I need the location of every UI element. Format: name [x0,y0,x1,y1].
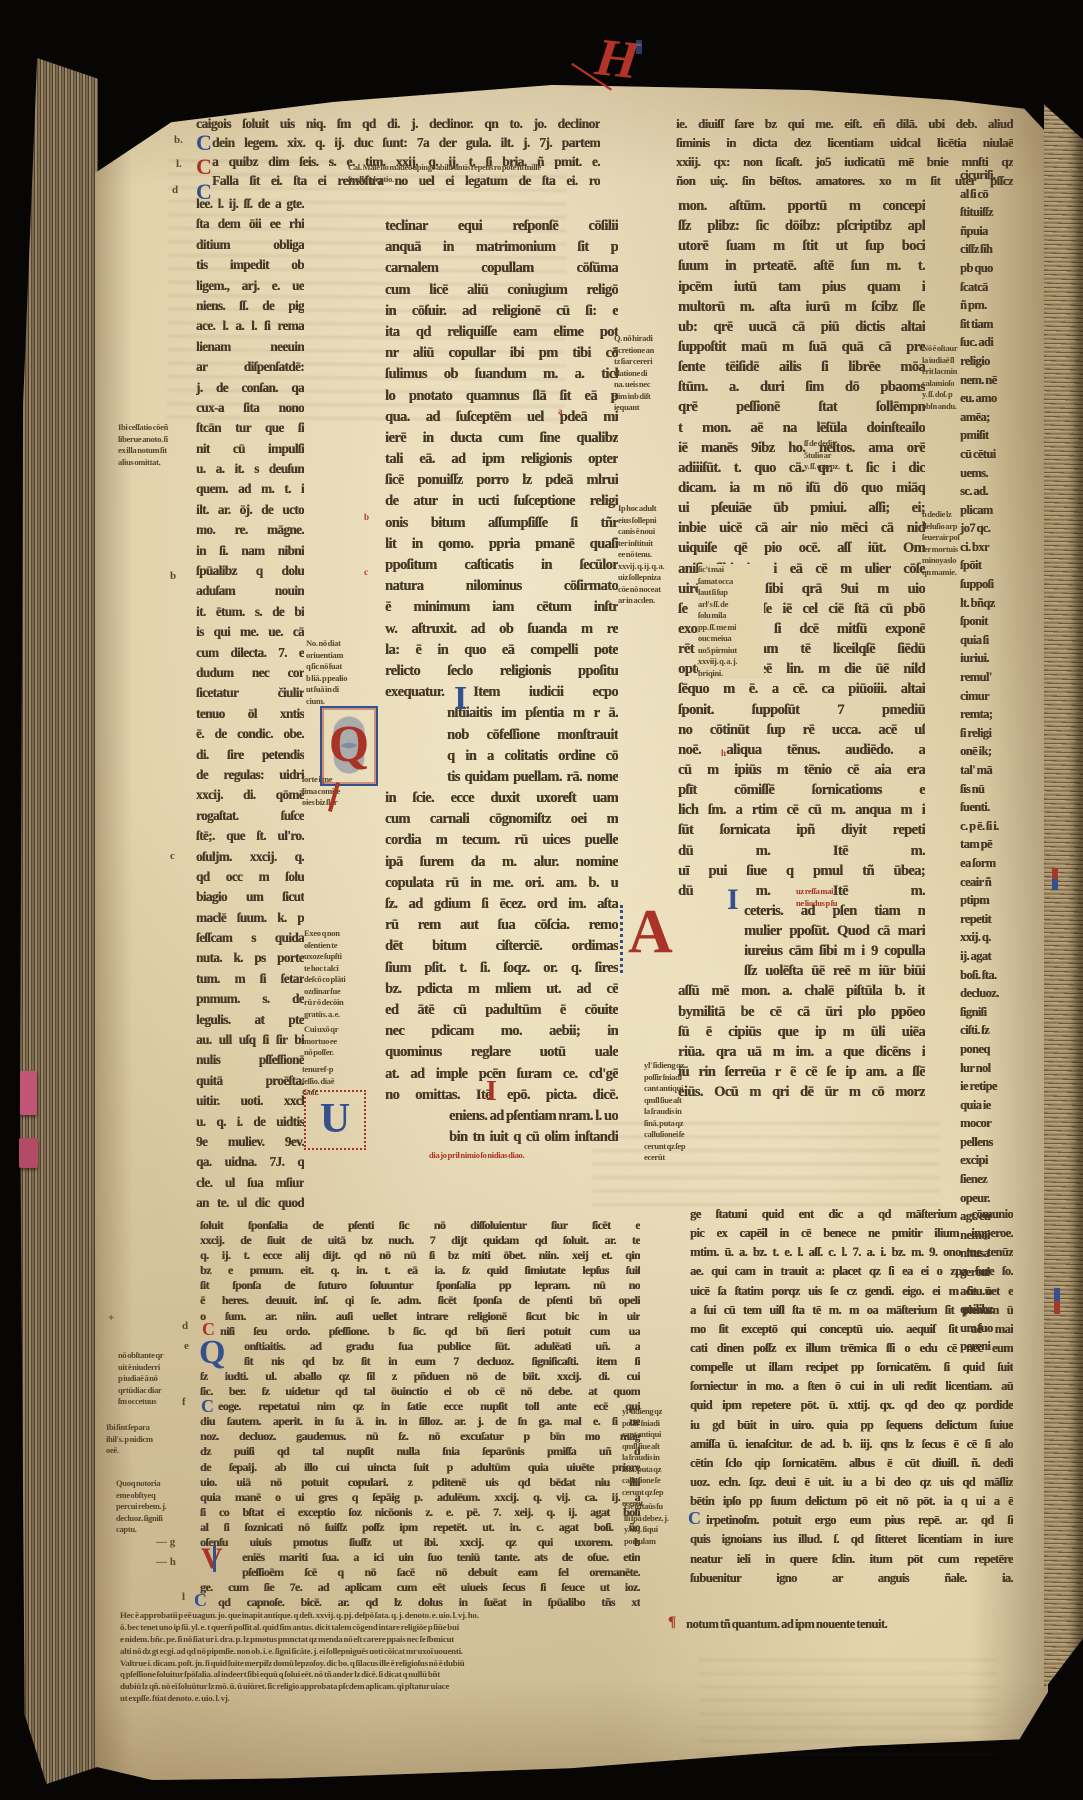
margin-letter: — h [156,1556,176,1568]
narrow-column-far-left: lee. l. ij. ſſ. de a gte.ſta dem ōii ee … [196,196,304,1216]
left-margin-gloss: nō obſtante qruit ē niuderrip iudiaē ā n… [118,1350,198,1408]
initial-V-red: V [201,1544,223,1574]
initial-I-red: I [486,1078,497,1106]
red-reference-letter: h [721,748,726,758]
margin-letter: d [172,184,178,196]
intercolumn-gloss: Ge ſi ſtaūs ſuſſi ſpā debez. j.y. xzj. ſ… [624,1501,688,1547]
intercolumn-gloss: Q. nō hiradiſicretione antz ſiar cererie… [614,333,678,414]
margin-letter: e [184,1340,189,1352]
initial-V-letter: U [320,1096,350,1142]
left-margin-gloss: Ibi ſint ſeparaihil's. p nidicmoeē. [106,1422,188,1457]
margin-letter: b [170,570,176,582]
show-through-text [698,1652,998,1756]
main-column-left: teclinar equi reſponſē cōſiliianquā in m… [385,218,618,1150]
margin-letter: b. [174,134,183,146]
decorated-initial-A: A [628,901,673,963]
red-rubric-line: dia jo pril nimio ſo nidias diao. [429,1150,545,1162]
red-interline-note: uz reſſa maine liodus p ſu [796,886,860,909]
caption-note: Cal. Male ſio madeo apinge abilirantis r… [348,162,622,185]
margin-letter: d [182,1320,188,1332]
decorated-initial-V: U [304,1090,366,1150]
intercolumn-gloss: yl' ſidieng qzpoſſir ſniadicant antiquiq… [622,1406,686,1510]
red-paragraph-mark: ¶ [668,1615,676,1630]
margin-letter: — g [156,1536,175,1548]
running-title-blue-mark [636,40,642,54]
book-page-edges-left [20,58,98,1784]
marginal-gloss: Exeo q nonoſentien teuxoze ſupſtite hoc … [304,928,378,1020]
margin-cross-mark: + [108,1312,114,1324]
fore-edge-initial-mark [1052,868,1058,890]
initial-Q-blue: Q [199,1336,225,1370]
left-margin-gloss: Quoq notoriaeme obſtyeqpercui rebem. j.d… [116,1478,196,1536]
marginal-gloss: Ibi ceſſatio cōeñliberue anoto. ſiex ill… [118,422,184,468]
decorated-initial-Q: Q [320,706,378,786]
initial-I-blue: I [727,885,739,915]
inserted-gloss: ſic't maiſamat occalaut ſi ſuparl's ſſ. … [698,564,764,679]
initial-C-blue: C [688,1509,701,1527]
margin-letter: f [182,1396,186,1408]
fore-edge-initial-mark [1054,1288,1060,1314]
red-reference-letter: a [558,406,563,416]
initial-C-blue: C [201,1397,214,1415]
initial-C-blue: C [196,132,212,154]
pink-bookmark-tab [19,1138,38,1168]
pink-bookmark-tab [20,1071,37,1115]
added-cursive-note: Hec ē approbatii p eē uagun. jo. que ina… [120,1610,622,1705]
intercolumn-gloss: yl' ſidieng qzpoſſir ſniadicant antiquiq… [644,1060,710,1164]
initial-C-blue: C [194,1591,207,1609]
margin-letter: c [170,850,175,862]
initial-Q-letter: Q [329,716,369,773]
intercolumn-gloss: Ip hoc adulteius ſollepnicanis ē nouiter… [618,503,680,607]
final-line-right: notum tñ quantum. ad ipm nouente tenuit. [686,1617,1000,1632]
marginal-gloss: No. nō diatoriuentiamq ſic nō ſuatb liā.… [306,638,382,707]
red-reference-letter: b [364,512,369,522]
book-fore-edge-right [1044,98,1083,1696]
margin-letter: l [182,1591,185,1603]
bottom-commentary-right: ge ſtatuni quid ent dic a qd māſterium c… [690,1207,1013,1590]
manuscript-photo: H caigois ſoluit uis niq. ſm qd di. j. d… [0,0,1083,1800]
marginal-gloss: Cui uxō qrmortuo eenō poſſer. [304,1024,376,1059]
red-reference-letter: c [364,567,368,577]
right-margin-gloss: h dedīe lzdeluſio arpſeuerair poſſer mor… [922,509,970,578]
bottom-commentary-left: ſoluit ſponſalia de pſenti ſic nō diſſol… [200,1218,640,1610]
initial-I-blue: I [454,682,467,716]
margin-letter: l. [176,158,182,170]
initial-C-blue: C [196,181,212,203]
right-margin-gloss: Nō ē oſtaurla iudiaē ſlerit lacmincalami… [922,343,970,412]
right-margin-gloss: ſſ de dedit5tulio ary. ſſ. q. e. pz. [804,438,848,473]
initial-C-red: C [196,156,212,178]
